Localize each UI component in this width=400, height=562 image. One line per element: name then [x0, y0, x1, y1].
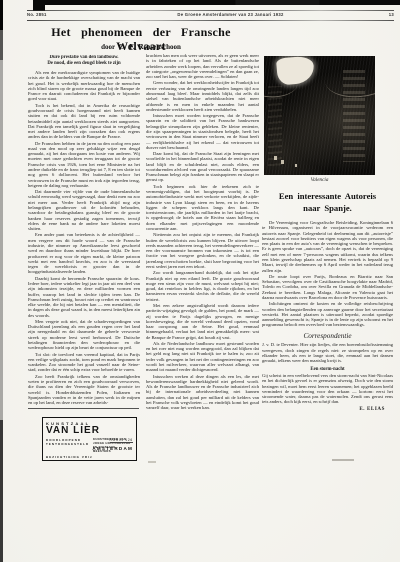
masthead-rule-top [27, 10, 394, 11]
photo-figure [295, 164, 297, 167]
ad-street: ROKIN 126 [110, 438, 134, 443]
article-column-2: krachten kan men ook weer uitvoeren, als… [146, 53, 259, 456]
paragraph: Daar komt bij, dat de Fransche Staat zij… [146, 151, 259, 183]
paragraph: Een ander punt van beteekenis is de acht… [28, 232, 140, 274]
paragraph: Toch beginnen ook hier de teekenen zich … [146, 184, 259, 232]
correspondence-subheading: Een storm-nacht [262, 367, 393, 373]
paragraph: Toch is het bekend, dat in Amerika de re… [28, 103, 140, 140]
issue-number: No. 2851 [27, 12, 87, 17]
spanje-title-line: Een interessante Autoreis [262, 190, 393, 202]
ad-left-line: TENTOONGESTELD [46, 442, 89, 446]
scan-speck [332, 459, 354, 461]
ad-footer-line: BEZICHTIGING VRIJ [46, 455, 133, 459]
scan-top-bar-artifact [35, 0, 400, 5]
spanje-article-text: De Vereeniging voor Geografische Reislei… [262, 220, 393, 328]
newspaper-page: No. 2851 De Groene Amsterdammer van 23 J… [0, 0, 400, 562]
photo-caption: Valencia [264, 177, 375, 183]
paragraph: Niettemin zou het onjuist zijn te meenen… [146, 232, 259, 269]
kunstzaal-van-lier-ad: KUNSTZAAL VAN LIER ROKIN 126 AMSTERDAM D… [42, 417, 137, 461]
masthead-title: De Groene Amsterdammer van 23 Januari 19… [87, 12, 374, 17]
paragraph: Met een zekere angstvalligheid wordt daa… [146, 303, 259, 340]
scan-speck [148, 461, 156, 463]
article-byline: door C. F. Roosenschoon [28, 43, 254, 51]
paragraph: Geen wonder, dat het werkloosheidscijfer… [146, 80, 259, 112]
paragraph: J. v. D. te Deventer. Hier zijn liedjes,… [262, 342, 393, 363]
paragraph: Tot slot: de toevloed van vreemd kapitaa… [28, 352, 140, 373]
photo-valencia [264, 56, 375, 175]
paragraph: Als een der merkwaardigste symptomen van… [28, 70, 140, 102]
intro-line: De nood, die een deugd bleek te zijn [28, 61, 140, 67]
spanje-article-title: Een interessante Autoreis naar Spanje. [262, 190, 393, 214]
photo-left-tower [268, 86, 282, 166]
correspondence-signature: E. ELIAS [262, 407, 393, 413]
paragraph: Zoo wordt langzamerhand duidelijk, dat o… [146, 270, 259, 302]
ad-city: AMSTERDAM [92, 446, 133, 451]
correspondence-closing-text: Gij schetst in een veelbelovend vers den… [262, 373, 393, 405]
paragraph: De route loopt over Parijs, Bordeaux en … [262, 274, 393, 300]
column-1-text: Als een der merkwaardigste symptomen van… [28, 70, 140, 405]
paragraph: Als de Nederlandsche landbouw moet geste… [146, 341, 259, 373]
correspondence-heading: Correspondentie [262, 332, 393, 340]
column-2-text: krachten kan men ook weer uitvoeren, als… [146, 53, 259, 411]
paragraph: Zoo heeft Frankrijk telkens van de omsta… [28, 374, 140, 406]
paragraph: De Franschen hebben in de jaren na den o… [28, 141, 140, 189]
column-end-rule [28, 408, 139, 409]
correspondence-text: J. v. D. te Deventer. Hier zijn liedjes,… [262, 342, 393, 363]
photo-figure [274, 156, 277, 160]
ad-left-text: DOORLOOPEND TENTOONGESTELD [46, 438, 89, 454]
paragraph: krachten kan men ook weer uitvoeren, als… [146, 53, 259, 79]
page-number: 13 [374, 12, 394, 17]
article-intro: Dure prestatie van den landbouw. De nood… [28, 55, 140, 67]
paragraph: Men vergete ook niet, dat de schadevergo… [28, 319, 140, 351]
article-column-1: Dure prestatie van den landbouw. De nood… [28, 55, 140, 407]
paragraph: De Vereeniging voor Geografische Reislei… [262, 220, 393, 273]
photo-figure [281, 160, 284, 164]
ad-address: ROKIN 126 AMSTERDAM [92, 428, 133, 451]
scan-left-edge-artifact [0, 0, 3, 562]
paragraph: Gij schetst in een veelbelovend vers den… [262, 373, 393, 405]
ad-header: KUNSTZAAL VAN LIER ROKIN 126 AMSTERDAM [46, 421, 133, 437]
article-column-3: De Vereeniging voor Geografische Reislei… [262, 220, 393, 458]
spanje-title-line: naar Spanje. [262, 202, 393, 214]
paragraph: Daarbij komt de beroemde Fransche spaarz… [28, 276, 140, 318]
masthead-rule-bottom [27, 20, 394, 21]
paragraph: Intusschen werken al deze dingen als een… [146, 374, 259, 411]
masthead: No. 2851 De Groene Amsterdammer van 23 J… [27, 12, 394, 17]
paragraph: Dat daarmede vier vijfde van de oude bin… [28, 189, 140, 231]
paragraph: Inlichtingen omtrent de kosten en de vol… [262, 301, 393, 327]
paragraph: Intusschen moet worden toegegeven, dat d… [146, 113, 259, 150]
